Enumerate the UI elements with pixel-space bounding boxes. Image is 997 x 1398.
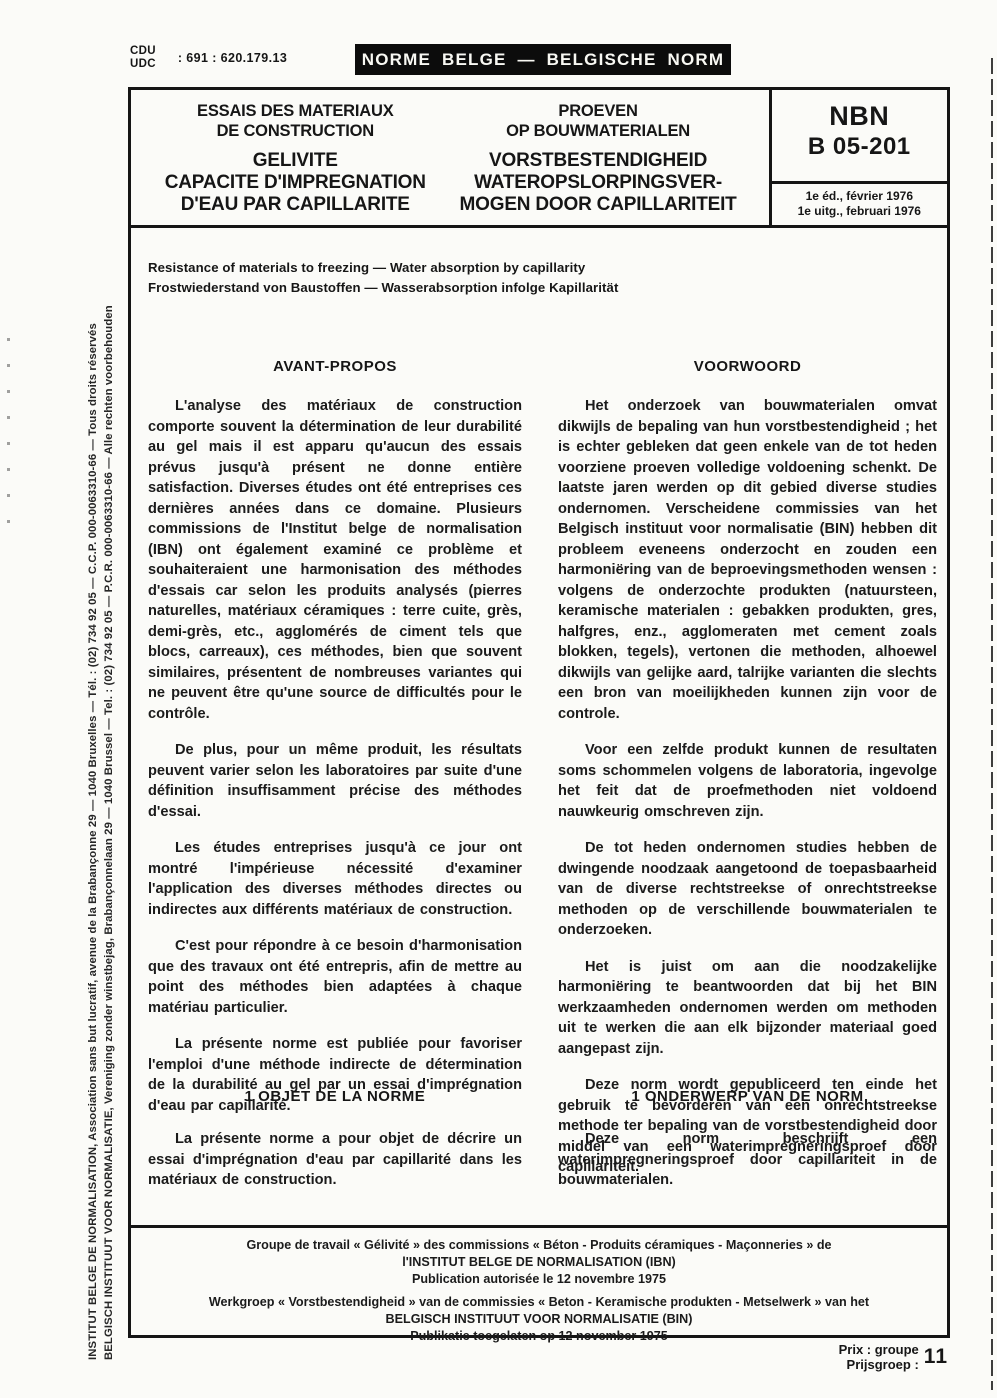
french-section-paragraph: La présente norme a pour objet de décrir… [148, 1129, 522, 1191]
price-group-value: 11 [924, 1345, 948, 1369]
dutch-section-paragraph: Deze norm beschrijft een waterimpregneri… [558, 1129, 937, 1191]
french-column-section1: 1 OBJET DE LA NORME La présente norme a … [148, 1088, 522, 1191]
edition-block: 1e éd., février 1976 1e uitg., februari … [772, 184, 947, 225]
price-label-french: Prix : groupe [839, 1342, 919, 1357]
price-group-block: Prix : groupe Prijsgroep : 11 [839, 1342, 948, 1372]
header-title-line: CAPACITE D'IMPREGNATION [131, 172, 460, 194]
dutch-paragraph: Het is juist om aan die noodzakelijke ha… [558, 957, 937, 1060]
norm-code-number: B 05-201 [772, 132, 947, 162]
footer-line: Werkgroep « Vorstbestendigheid » van de … [131, 1294, 947, 1311]
french-paragraph: Les études entreprises jusqu'à ce jour o… [148, 838, 522, 920]
subtitle-german: Frostwiederstand von Baustoffen — Wasser… [148, 278, 618, 298]
footer-line: Publication autorisée le 12 novembre 197… [131, 1271, 947, 1288]
subtitle-english: Resistance of materials to freezing — Wa… [148, 258, 618, 278]
header-title-line: OP BOUWMATERIALEN [460, 121, 737, 141]
dutch-paragraph: Het onderzoek van bouwmaterialen omvat d… [558, 396, 937, 724]
french-paragraph: L'analyse des matériaux de construction … [148, 396, 522, 724]
header-column-french: ESSAIS DES MATERIAUX DE CONSTRUCTION GEL… [131, 90, 460, 225]
edition-line-french: 1e éd., février 1976 [774, 189, 945, 204]
title-header-row: ESSAIS DES MATERIAUX DE CONSTRUCTION GEL… [131, 90, 947, 228]
footer-line: Publikatie toegelaten op 12 november 197… [131, 1328, 947, 1345]
dutch-column-section1: 1 ONDERWERP VAN DE NORM Deze norm beschr… [558, 1088, 937, 1191]
french-paragraph: De plus, pour un même produit, les résul… [148, 740, 522, 822]
sidebar-line-dutch: BELGISCH INSTITUUT VOOR NORMALISATIE, Ve… [102, 52, 118, 1360]
dutch-section-heading: 1 ONDERWERP VAN DE NORM [558, 1088, 937, 1105]
header-title-line: MOGEN DOOR CAPILLARITEIT [460, 194, 737, 216]
french-paragraph: C'est pour répondre à ce besoin d'harmon… [148, 936, 522, 1018]
norm-code-panel: NBN B 05-201 1e éd., février 1976 1e uit… [769, 90, 947, 225]
dutch-foreword-heading: VOORWOORD [558, 358, 937, 375]
french-section-heading: 1 OBJET DE LA NORME [148, 1088, 522, 1105]
sidebar-line-french: INSTITUT BELGE DE NORMALISATION, Associa… [86, 52, 102, 1360]
french-column-foreword: AVANT-PROPOS L'analyse des matériaux de … [148, 358, 522, 1132]
scan-noise-dots [7, 338, 10, 528]
header-title-line: WATEROPSLORPINGSVER- [460, 172, 737, 194]
page-edge-scan-line [991, 58, 993, 1390]
workgroup-footer-box: Groupe de travail « Gélivité » des commi… [128, 1225, 950, 1338]
dutch-paragraph: Voor een zelfde produkt kunnen de result… [558, 740, 937, 822]
header-title-line: D'EAU PAR CAPILLARITE [131, 194, 460, 216]
header-title-line: VORSTBESTENDIGHEID [460, 150, 737, 172]
header-title-line: PROEVEN [460, 101, 737, 121]
norm-banner: NORME BELGE — BELGISCHE NORM [355, 44, 731, 75]
footer-line: l'INSTITUT BELGE DE NORMALISATION (IBN) [131, 1254, 947, 1271]
classification-block: CDU UDC : 691 : 620.179.13 [130, 45, 287, 70]
header-column-dutch: PROEVEN OP BOUWMATERIALEN VORSTBESTENDIG… [460, 90, 769, 225]
price-label-dutch: Prijsgroep : [839, 1357, 919, 1372]
header-title-line: DE CONSTRUCTION [131, 121, 460, 141]
document-page: INSTITUT BELGE DE NORMALISATION, Associa… [0, 0, 997, 1398]
subtitle-block: Resistance of materials to freezing — Wa… [148, 258, 618, 297]
header-title-line: ESSAIS DES MATERIAUX [131, 101, 460, 121]
footer-line: Groupe de travail « Gélivité » des commi… [131, 1237, 947, 1254]
cdu-udc-value: : 691 : 620.179.13 [178, 51, 287, 65]
edition-line-dutch: 1e uitg., februari 1976 [774, 204, 945, 219]
header-title-line: GELIVITE [131, 150, 460, 172]
footer-line: BELGISCH INSTITUUT VOOR NORMALISATIE (BI… [131, 1311, 947, 1328]
cdu-udc-labels: CDU UDC [130, 45, 156, 70]
french-foreword-heading: AVANT-PROPOS [148, 358, 522, 375]
norm-code-prefix: NBN [772, 100, 947, 132]
dutch-paragraph: De tot heden ondernomen studies hebben d… [558, 838, 937, 941]
vertical-copyright-sidebar: INSTITUT BELGE DE NORMALISATION, Associa… [86, 52, 120, 1362]
dutch-column-foreword: VOORWOORD Het onderzoek van bouwmaterial… [558, 358, 937, 1194]
